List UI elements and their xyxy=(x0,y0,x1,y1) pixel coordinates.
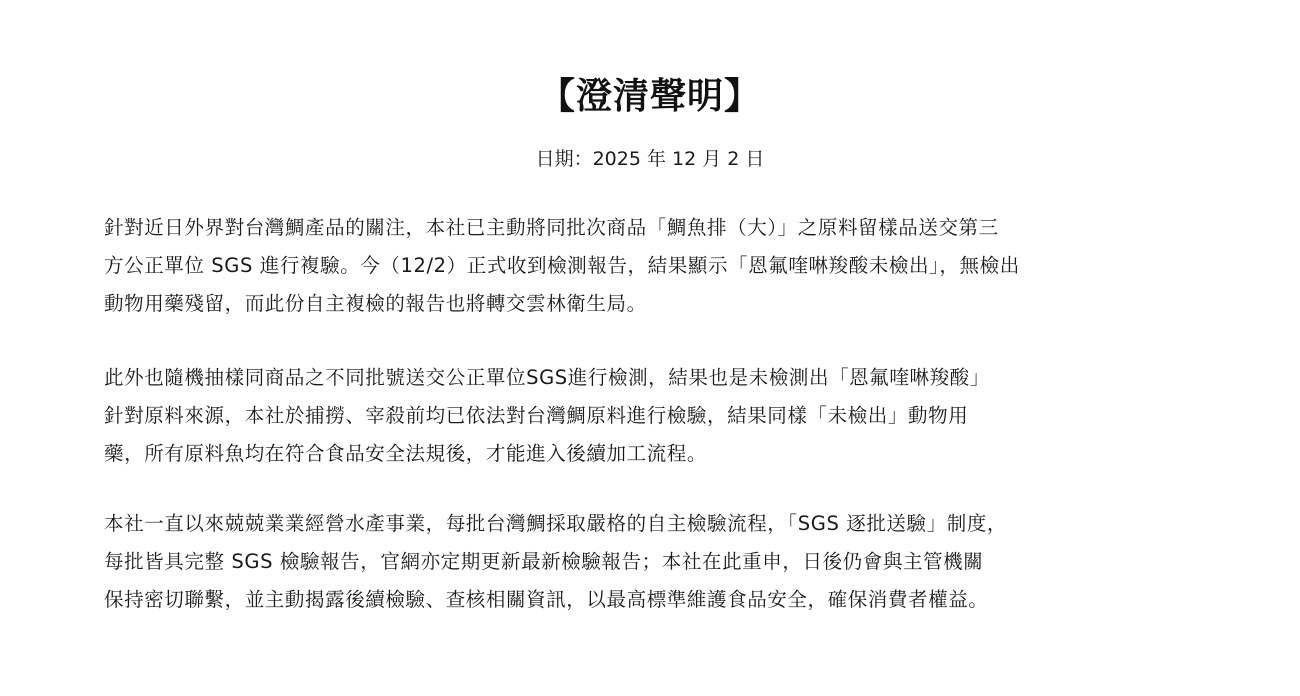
paragraph-line: 針對原料來源，本社於捕撈、宰殺前均已依法對台灣鯛原料進行檢驗，結果同樣「未檢出」… xyxy=(104,397,1214,435)
paragraph-random-sampling: 此外也隨機抽樣同商品之不同批號送交公正單位SGS進行檢測，結果也是未檢測出「恩氟… xyxy=(104,359,1214,473)
paragraph-line: 針對近日外界對台灣鯛產品的關注，本社已主動將同批次商品「鯛魚排（大）」之原料留樣… xyxy=(104,209,1214,247)
paragraph-line: 動物用藥殘留，而此份自主複檢的報告也將轉交雲林衛生局。 xyxy=(104,285,1214,323)
paragraph-line: 本社一直以來兢兢業業經營水產事業，每批台灣鯛採取嚴格的自主檢驗流程，「SGS 逐… xyxy=(104,505,1214,543)
document-date: 日期：2025 年 12 月 2 日 xyxy=(0,145,1300,173)
paragraph-line: 保持密切聯繫，並主動揭露後續檢驗、查核相關資訊，以最高標準維護食品安全，確保消費… xyxy=(104,581,1214,619)
paragraph-line: 此外也隨機抽樣同商品之不同批號送交公正單位SGS進行檢測，結果也是未檢測出「恩氟… xyxy=(104,359,1214,397)
paragraph-company-commitment: 本社一直以來兢兢業業經營水產事業，每批台灣鯛採取嚴格的自主檢驗流程，「SGS 逐… xyxy=(104,505,1214,619)
paragraph-line: 方公正單位 SGS 進行複驗。今（12/2）正式收到檢測報告，結果顯示「恩氟喹啉… xyxy=(104,247,1214,285)
paragraph-line: 藥，所有原料魚均在符合食品安全法規後，才能進入後續加工流程。 xyxy=(104,435,1214,473)
document-title: 【澄清聲明】 xyxy=(0,72,1300,122)
paragraph-sgs-retest: 針對近日外界對台灣鯛產品的關注，本社已主動將同批次商品「鯛魚排（大）」之原料留樣… xyxy=(104,209,1214,323)
paragraph-line: 每批皆具完整 SGS 檢驗報告，官網亦定期更新最新檢驗報告；本社在此重申，日後仍… xyxy=(104,543,1214,581)
clarification-statement-document: 【澄清聲明】 日期：2025 年 12 月 2 日 針對近日外界對台灣鯛產品的關… xyxy=(0,0,1300,696)
